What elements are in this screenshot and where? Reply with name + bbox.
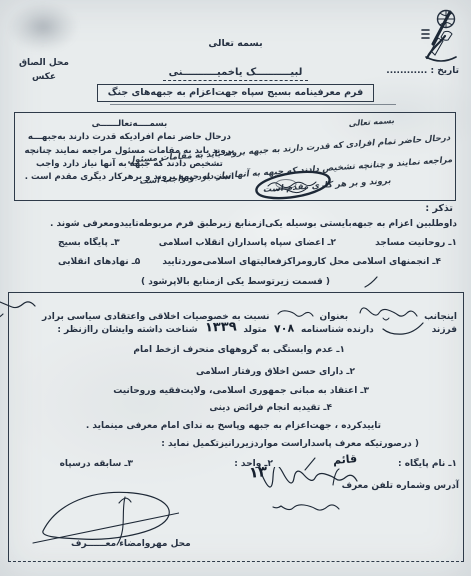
fill-note: ( قسمت زیرتوسط یکی ازمنابع بالاپرشود ) [0,277,471,287]
brother-name-scribble [0,298,37,322]
id-number-handwritten: ۷۰۸ [274,321,295,335]
source-basij-base: ۳ـ پایگاه بسیج [58,238,120,248]
labbayk-slogan: لبیــــــــــک یاخمیــــــــــنی [163,67,309,81]
address-phone-label: آدرس وشماره تلفن معرف [342,481,459,491]
bismillah-heading: بسمه تعالی [0,38,471,49]
quote-hw-heading: بسمه تعالی [349,116,396,128]
stamp-signature-label: محل مهروامضاء معــــــرف [71,539,191,549]
born-label: متولد [243,325,266,335]
slogan-wrap: لبیــــــــــک یاخمیــــــــــنی [0,60,471,79]
criteria-item-3: ۳ـ اعتقاد به مبانی جمهوری اسلامی، ولایت‌… [113,386,369,396]
khomeini-seal-stamp-icon [252,169,334,201]
title-underline [110,104,396,105]
form-sentence-line2: فرزند دارنده شناسنامه ۷۰۸ متولد ۱۳۳۹ شنا… [57,319,457,335]
notice-sources-row2: ۴ـ انجمنهای اسلامی محل کارومراکزفعالیتها… [58,257,441,267]
notice-sources-row1: ۱ـ روحانیت مساجد ۲ـ اعضای سپاه پاسداران … [58,238,457,248]
known-from-label: شناخت داشته وایشان راازنظر : [57,325,197,335]
imam-quote-box: بسمــــه‌تعالــــــی درحال حاضر تمام افر… [14,112,456,201]
id-card-holder-label: دارنده شناسنامه [301,325,374,335]
checkmark-scribble [363,274,379,290]
base-name-label: ۱ـ نام پایگاه : [398,459,457,469]
service-record-label: ۳ـ سابقه درسپاه [60,459,133,469]
sepah-pasdaran-emblem-icon [419,6,463,64]
quote-printed-heading: بسمــــه‌تعالــــــی [15,118,244,131]
title-wrap: فرم معرفینامه بسیج سپاه جهت‌اعزام به جبه… [0,80,471,99]
birth-year-handwritten: ۱۳۳۹ [204,319,236,335]
introducer-form-box: اینجانب بعنوان نسبت به خصوصیات اخلاقی وا… [8,292,464,562]
confirmation-line: تاییدکرده ، جهت‌اعزام به جبهه وپاسخ به ن… [86,421,381,431]
base-name-handwritten: قائم [332,452,357,467]
form-title: فرم معرفینامه بسیج سپاه جهت‌اعزام به جبه… [97,84,374,102]
son-of-label: فرزند [432,325,457,335]
address-scribble-2 [271,499,341,519]
source-mosque-clergy: ۱ـ روحانیت مساجد [375,238,457,248]
father-name-scribble [381,319,425,335]
notice-intro: داوطلبین اعزام به جبهه‌بایستی بوسیله یکی… [28,219,457,229]
criteria-item-1: ۱ـ عدم وابستگی به گروههای منحرف ازخط اما… [133,345,345,355]
source-irgc-members: ۲ـ اعضای سپاه پاسداران انقلاب اسلامی [159,238,336,248]
criteria-item-4: ۴ـ تقیدبه انجام فرائض دینی [209,403,332,413]
source-islamic-associations: ۴ـ انجمنهای اسلامی محل کارومراکزفعالیتها… [162,257,441,267]
scanned-basij-dispatch-form: بسمه تعالی تاریخ : ............ محل الصا… [0,0,471,576]
pasdar-note-line: ( درصورتیکه معرف پاسداراست مواردزیررانیز… [161,439,419,449]
criteria-item-2: ۲ـ دارای حسن اخلاق ورفتار اسلامی [196,367,355,377]
notice-label: تذکر : [425,203,453,214]
source-revolutionary-orgs: ۵ـ نهادهای انقلابی [58,257,140,267]
quote-handwritten-area: بسمه تعالی درحال حاضر تمام افرادی که قدر… [244,113,455,200]
